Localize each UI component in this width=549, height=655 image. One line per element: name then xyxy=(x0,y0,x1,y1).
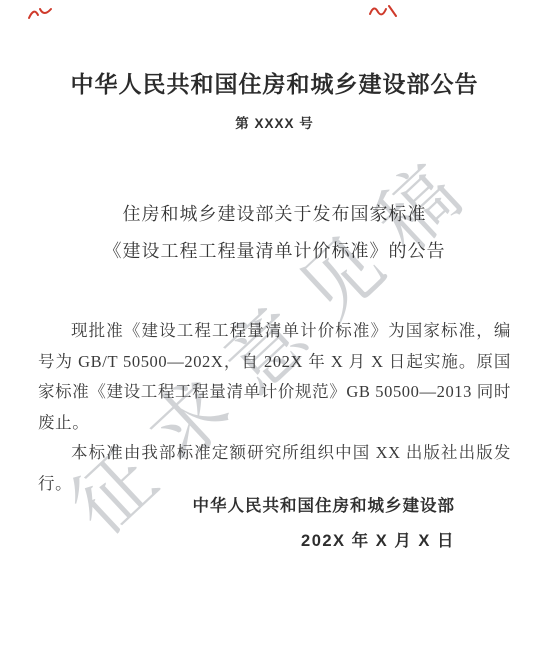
signature-issuer: 中华人民共和国住房和城乡建设部 xyxy=(193,492,456,516)
red-annotation-stroke xyxy=(29,9,51,18)
signature-date: 202X 年 X 月 X 日 xyxy=(193,527,456,551)
announcement-heading: 住房和城乡建设部关于发布国家标准 《建设工程工程量清单计价标准》的公告 xyxy=(0,196,549,270)
red-annotation-mark-icon xyxy=(26,4,56,24)
signature-block: 中华人民共和国住房和城乡建设部 202X 年 X 月 X 日 xyxy=(193,492,456,551)
body-paragraph-1: 现批准《建设工程工程量清单计价标准》为国家标准，编号为 GB/T 50500—2… xyxy=(38,316,511,438)
document-body: 现批准《建设工程工程量清单计价标准》为国家标准，编号为 GB/T 50500—2… xyxy=(38,316,511,499)
document-number: 第 XXXX 号 xyxy=(0,112,549,132)
announcement-heading-line1: 住房和城乡建设部关于发布国家标准 xyxy=(0,196,549,233)
red-annotation-mark-icon xyxy=(368,2,398,22)
announcement-heading-line2: 《建设工程工程量清单计价标准》的公告 xyxy=(0,233,549,270)
red-annotation-stroke xyxy=(370,6,396,16)
body-paragraph-2: 本标准由我部标准定额研究所组织中国 XX 出版社出版发行。 xyxy=(38,438,511,499)
announcement-document-page: 征求意见稿 中华人民共和国住房和城乡建设部公告 第 XXXX 号 住房和城乡建设… xyxy=(0,0,549,655)
document-title: 中华人民共和国住房和城乡建设部公告 xyxy=(0,66,549,99)
